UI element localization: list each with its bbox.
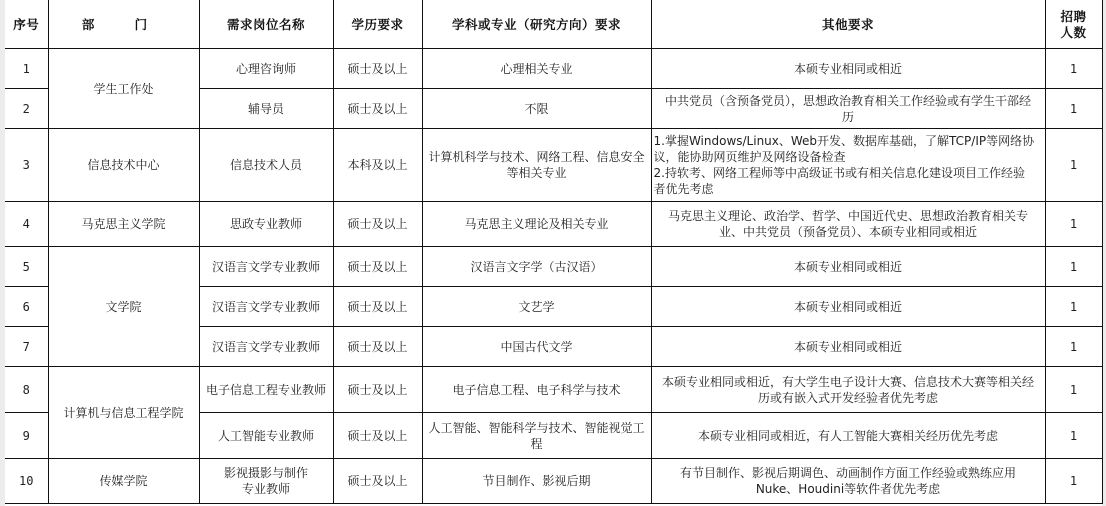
cell-position: 汉语言文学专业教师 [199,327,333,367]
cell-education: 硕士及以上 [333,367,422,413]
cell-position: 电子信息工程专业教师 [199,367,333,413]
other-line-2: 2.持软考、网络工程师等中高级证书或有相关信息化建设项目工作经验者优先考虑 [654,165,1037,197]
cell-no: 8 [5,367,48,413]
table-row: 1 学生工作处 心理咨询师 硕士及以上 心理相关专业 本硕专业相同或相近 1 [5,49,1102,89]
cell-education: 本科及以上 [333,129,422,202]
cell-other: 中共党员（含预备党员），思想政治教育相关工作经验或有学生干部经历 [651,89,1045,129]
cell-position: 思政专业教师 [199,202,333,247]
cell-major: 马克思主义理论及相关专业 [422,202,651,247]
table-row: 8 计算机与信息工程学院 电子信息工程专业教师 硕士及以上 电子信息工程、电子科… [5,367,1102,413]
header-count: 招聘人数 [1045,1,1102,49]
cell-other: 本硕专业相同或相近，有大学生电子设计大赛、信息技术大赛等相关经历或有嵌入式开发经… [651,367,1045,413]
other-line-1: 有节目制作、影视后期调色、动画制作方面工作经验或熟练应用 [654,465,1043,481]
header-education: 学历要求 [333,1,422,49]
cell-no: 6 [5,287,48,327]
cell-count: 1 [1045,49,1102,89]
cell-count: 1 [1045,89,1102,129]
cell-other: 本硕专业相同或相近，有人工智能大赛相关经历优先考虑 [651,413,1045,459]
cell-education: 硕士及以上 [333,247,422,287]
cell-major: 节目制作、影视后期 [422,459,651,504]
right-gutter [1102,0,1106,506]
cell-no: 4 [5,202,48,247]
cell-other: 1.掌握Windows/Linux、Web开发、数据库基础，了解TCP/IP等网… [651,129,1045,202]
cell-major: 不限 [422,89,651,129]
table-row: 3 信息技术中心 信息技术人员 本科及以上 计算机科学与技术、网络工程、信息安全… [5,129,1102,202]
header-major: 学科或专业（研究方向）要求 [422,1,651,49]
recruitment-table: 序号 部 门 需求岗位名称 学历要求 学科或专业（研究方向）要求 其他要求 招聘… [5,0,1103,504]
cell-education: 硕士及以上 [333,327,422,367]
cell-dept: 计算机与信息工程学院 [48,367,199,459]
cell-no: 1 [5,49,48,89]
position-line-2: 专业教师 [202,481,331,497]
cell-other: 有节目制作、影视后期调色、动画制作方面工作经验或熟练应用 Nuke、Houdin… [651,459,1045,504]
cell-major: 文艺学 [422,287,651,327]
cell-dept: 文学院 [48,247,199,367]
cell-count: 1 [1045,327,1102,367]
cell-count: 1 [1045,287,1102,327]
cell-position: 影视摄影与制作 专业教师 [199,459,333,504]
cell-no: 9 [5,413,48,459]
cell-no: 5 [5,247,48,287]
cell-other: 本硕专业相同或相近 [651,49,1045,89]
table-row: 4 马克思主义学院 思政专业教师 硕士及以上 马克思主义理论及相关专业 马克思主… [5,202,1102,247]
cell-position: 辅导员 [199,89,333,129]
cell-education: 硕士及以上 [333,49,422,89]
header-other: 其他要求 [651,1,1045,49]
header-row: 序号 部 门 需求岗位名称 学历要求 学科或专业（研究方向）要求 其他要求 招聘… [5,1,1102,49]
position-line-1: 影视摄影与制作 [202,465,331,481]
cell-dept: 信息技术中心 [48,129,199,202]
cell-dept: 马克思主义学院 [48,202,199,247]
cell-education: 硕士及以上 [333,287,422,327]
cell-no: 10 [5,459,48,504]
cell-other: 马克思主义理论、政治学、哲学、中国近代史、思想政治教育相关专业、中共党员（预备党… [651,202,1045,247]
cell-education: 硕士及以上 [333,413,422,459]
cell-major: 汉语言文字学（古汉语） [422,247,651,287]
cell-other: 本硕专业相同或相近 [651,327,1045,367]
header-no: 序号 [5,1,48,49]
cell-other: 本硕专业相同或相近 [651,247,1045,287]
other-line-1: 1.掌握Windows/Linux、Web开发、数据库基础，了解TCP/IP等网… [654,133,1037,165]
table-row: 10 传媒学院 影视摄影与制作 专业教师 硕士及以上 节目制作、影视后期 有节目… [5,459,1102,504]
cell-count: 1 [1045,459,1102,504]
cell-education: 硕士及以上 [333,89,422,129]
cell-dept: 传媒学院 [48,459,199,504]
cell-position: 心理咨询师 [199,49,333,89]
cell-major: 计算机科学与技术、网络工程、信息安全等相关专业 [422,129,651,202]
cell-major: 电子信息工程、电子科学与技术 [422,367,651,413]
cell-major: 中国古代文学 [422,327,651,367]
cell-other: 本硕专业相同或相近 [651,287,1045,327]
cell-education: 硕士及以上 [333,202,422,247]
cell-position: 汉语言文学专业教师 [199,287,333,327]
cell-no: 2 [5,89,48,129]
other-line-2: Nuke、Houdini等软件者优先考虑 [654,481,1043,497]
cell-count: 1 [1045,129,1102,202]
cell-position: 人工智能专业教师 [199,413,333,459]
cell-count: 1 [1045,367,1102,413]
cell-no: 7 [5,327,48,367]
cell-count: 1 [1045,202,1102,247]
header-position: 需求岗位名称 [199,1,333,49]
cell-count: 1 [1045,247,1102,287]
header-dept: 部 门 [48,1,199,49]
cell-position: 汉语言文学专业教师 [199,247,333,287]
cell-no: 3 [5,129,48,202]
header-dept-label: 部 门 [82,17,165,32]
cell-major: 人工智能、智能科学与技术、智能视觉工程 [422,413,651,459]
table-row: 5 文学院 汉语言文学专业教师 硕士及以上 汉语言文字学（古汉语） 本硕专业相同… [5,247,1102,287]
cell-major: 心理相关专业 [422,49,651,89]
cell-education: 硕士及以上 [333,459,422,504]
cell-dept: 学生工作处 [48,49,199,129]
cell-count: 1 [1045,413,1102,459]
cell-position: 信息技术人员 [199,129,333,202]
